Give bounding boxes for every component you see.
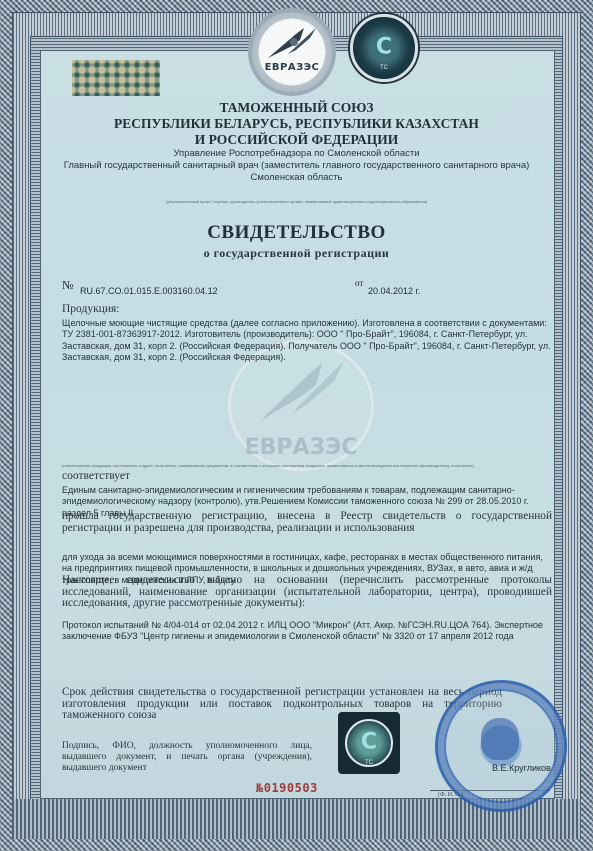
basis-label: Настоящее свидетельство выдано на основа…	[62, 575, 552, 610]
union-line-3: И РОССИЙСКОЙ ФЕДЕРАЦИИ	[60, 132, 533, 148]
watermark-label: ЕВРАЗЭС	[231, 435, 371, 460]
document-title: СВИДЕТЕЛЬСТВО	[60, 222, 533, 244]
authority-region: Смоленская область	[60, 172, 533, 184]
conformity-mark-hologram: С ТС	[350, 14, 418, 82]
authority-caption: (уполномоченный орган Стороны, руководит…	[90, 199, 503, 204]
watermark-bird-icon	[256, 355, 346, 425]
authority-official: Главный государственный санитарный врач …	[60, 160, 533, 172]
date-label: от	[355, 278, 363, 288]
eurasec-emblem: ЕВРАЗЭС	[252, 12, 332, 92]
signer-caption: (Ф. И. О.)	[438, 792, 463, 798]
document-subtitle: о государственной регистрации	[60, 246, 533, 261]
authority-office: Управление Роспотребнадзора по Смоленско…	[60, 148, 533, 160]
conformity-mark-sub: ТС	[338, 760, 400, 766]
signer-name: В.Е.Кругликов	[492, 763, 551, 773]
signature-label: Подпись, ФИО, должность уполномоченного …	[62, 741, 312, 774]
registration-date: 20.04.2012 г.	[368, 286, 420, 296]
basis-documents: Протокол испытаний № 4/04-014 от 02.04.2…	[62, 620, 552, 643]
conforms-label: соответствует	[62, 470, 130, 482]
registration-statement: прошла государственную регистрацию, внес…	[62, 511, 552, 534]
product-caption: (наименование продукции, изготовитель и …	[62, 463, 552, 468]
validity-statement: Срок действия свидетельства о государств…	[62, 687, 502, 722]
product-description: Щелочные моющие чистящие средства (далее…	[62, 318, 552, 363]
number-label: №	[62, 278, 73, 293]
union-heading: ТАМОЖЕННЫЙ СОЮЗ РЕСПУБЛИКИ БЕЛАРУСЬ, РЕС…	[60, 100, 533, 148]
product-label: Продукция:	[62, 303, 119, 315]
issuing-authority: Управление Роспотребнадзора по Смоленско…	[60, 148, 533, 184]
registration-number: RU.67.CO.01.015.E.003160.04.12	[80, 286, 218, 296]
union-line-2: РЕСПУБЛИКИ БЕЛАРУСЬ, РЕСПУБЛИКИ КАЗАХСТА…	[60, 116, 533, 132]
hologram-strip-icon	[72, 60, 160, 96]
bird-emblem-icon	[266, 24, 318, 60]
emblem-label: ЕВРАЗЭС	[252, 62, 332, 73]
conformity-mark-sub: ТС	[353, 65, 415, 71]
form-serial-number: №0190503	[256, 781, 318, 795]
union-line-1: ТАМОЖЕННЫЙ СОЮЗ	[60, 100, 533, 116]
conformity-mark-icon: С	[361, 729, 377, 754]
conformity-hologram-seal: С ТС	[338, 712, 400, 774]
coat-of-arms-icon	[481, 718, 519, 760]
conformity-mark-icon: С	[376, 34, 392, 59]
